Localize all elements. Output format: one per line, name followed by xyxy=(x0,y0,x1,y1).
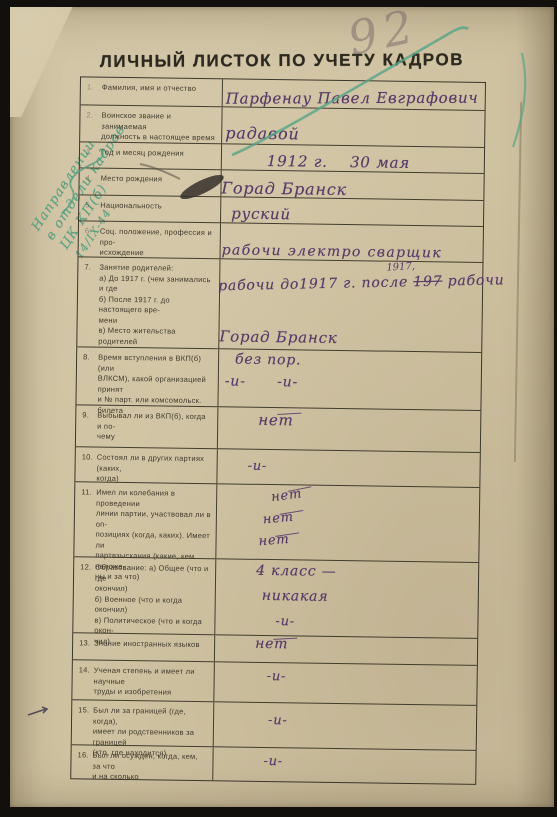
handwritten-answer: рабочи до1917 г. после 197 рабочи xyxy=(218,272,505,294)
answer-cell: Горад Бранск xyxy=(221,170,483,200)
scan-viewport: { "page": { "title": "ЛИЧНЫЙ ЛИСТОК ПО У… xyxy=(0,0,557,817)
answer-cell: Парфенау Павел Евграфович xyxy=(223,79,485,110)
margin-arrow-mark xyxy=(28,707,47,715)
field-label-cell: 1. Фамилия, имя и отчество xyxy=(81,77,223,106)
field-label-cell: 6. Соц. положение, профессия и про- исхо… xyxy=(79,221,221,258)
row-number: 9. xyxy=(82,410,89,421)
handwritten-answer: -и- xyxy=(268,713,288,728)
field-label-cell: 9. Выбывал ли из ВКП(б), когда и по- чем… xyxy=(76,405,219,448)
field-label-cell: 10. Состоял ли в других партиях (каких, … xyxy=(75,447,217,483)
field-label: Соц. положение, профессия и про- исхожде… xyxy=(100,227,212,258)
handwritten-answer: Парфенау Павел Евграфович xyxy=(226,89,479,108)
paper-crease xyxy=(514,102,522,462)
personnel-form-table: 1. Фамилия, имя и отчество Парфенау Паве… xyxy=(70,76,486,785)
handwritten-answer: нет xyxy=(262,510,294,528)
row-number: 7. xyxy=(84,262,91,273)
row-number: 2. xyxy=(86,110,93,121)
row-number: 10. xyxy=(82,452,93,463)
handwritten-answer: Горад Бранск xyxy=(221,178,347,199)
row-number: 3. xyxy=(86,147,93,158)
answer-cell: 4 класс — никакая -и- xyxy=(215,559,478,638)
row-number: 16. xyxy=(77,750,88,761)
field-label: Выбывал ли из ВКП(б), когда и по- чему xyxy=(97,411,206,441)
field-label-cell: 3. Год и месяц рождения xyxy=(80,142,222,169)
struck-text: 197 xyxy=(413,274,442,291)
form-row-2: 2. Воинское звание и занимаемая должност… xyxy=(80,105,484,148)
answer-cell: нет нет нет xyxy=(216,484,479,562)
answer-cell: -и- xyxy=(214,662,477,705)
row-number: 15. xyxy=(78,705,89,716)
handwritten-answer: 1912 г. 30 мая xyxy=(267,152,410,172)
field-label: Знание иностранных языков xyxy=(94,639,200,649)
field-label-cell: 15. Был ли за границей (где, когда), име… xyxy=(72,700,215,746)
handwritten-answer: -и- xyxy=(275,614,295,629)
answer-cell: нет xyxy=(218,407,481,452)
field-label: Воинское звание и занимаемая должность в… xyxy=(101,111,215,143)
row-number: 12. xyxy=(80,562,91,573)
answer-cell: рабочи электро сварщик xyxy=(221,223,483,262)
handwritten-answer: рабочи электро сварщик xyxy=(222,242,443,261)
field-label-cell: 7. Занятие родителей: а) До 1917 г. (чем… xyxy=(77,257,220,348)
handwritten-answer: без пор. xyxy=(235,352,301,369)
handwritten-answer: -и- xyxy=(248,459,268,474)
field-label-cell: 4. Место рождения xyxy=(79,168,221,196)
field-label-cell: 13. Знание иностранных языков xyxy=(73,633,215,661)
handwritten-answer: нет xyxy=(270,486,303,505)
field-label: Состоял ли в других партиях (каких, когд… xyxy=(96,453,204,483)
handwritten-answer: -и- -и- xyxy=(225,373,298,390)
handwritten-answer: -и- xyxy=(267,669,287,684)
form-row-6: 6. Соц. положение, профессия и про- исхо… xyxy=(79,221,483,263)
form-row-9: 9. Выбывал ли из ВКП(б), когда и по- чем… xyxy=(76,405,481,453)
field-label: Ученая степень и имеет ли научные труды … xyxy=(93,666,194,697)
handwritten-answer: -и- xyxy=(263,754,283,769)
form-row-7: 7. Занятие родителей: а) До 1917 г. (чем… xyxy=(77,257,482,353)
answer-cell: -и- xyxy=(217,449,479,487)
row-number: 11. xyxy=(81,487,92,498)
page-title: ЛИЧНЫЙ ЛИСТОК ПО УЧЕТУ КАДРОВ xyxy=(10,50,554,73)
field-label-cell: 5. Национальность xyxy=(79,195,221,222)
field-label-cell: 2. Воинское звание и занимаемая должност… xyxy=(80,105,222,143)
field-label: Национальность xyxy=(100,201,162,211)
field-label-cell: 8. Время вступления в ВКП(б) (или ВЛКСМ)… xyxy=(76,347,219,406)
form-row-14: 14. Ученая степень и имеет ли научные тр… xyxy=(72,660,477,706)
answer-cell: 1912 г. 30 мая xyxy=(222,144,484,173)
handwritten-answer: 4 класс — xyxy=(256,563,337,580)
row-number: 14. xyxy=(79,665,90,676)
form-row-12: 12. Образование: а) Общее (что и где око… xyxy=(73,557,478,639)
field-label: Фамилия, имя и отчество xyxy=(102,83,196,93)
form-row-15: 15. Был ли за границей (где, когда), име… xyxy=(72,700,477,751)
handwritten-answer: нет xyxy=(258,411,294,429)
handwritten-correction: 1917, xyxy=(386,261,415,274)
row-number: 5. xyxy=(85,200,92,211)
field-label: Занятие родителей: а) До 1917 г. (чем за… xyxy=(98,263,210,346)
field-label: Год и месяц рождения xyxy=(101,148,184,158)
handwritten-answer: нет xyxy=(255,636,288,652)
scanned-page: ЛИЧНЫЙ ЛИСТОК ПО УЧЕТУ КАДРОВ 92 Направл… xyxy=(10,7,554,807)
answer-cell: руский xyxy=(221,197,483,226)
form-row-11: 11. Имел ли колебания в проведении линии… xyxy=(74,482,479,563)
answer-cell: рабочи до1917 г. после 197 рабочи 1917, … xyxy=(219,259,482,352)
row-number: 1. xyxy=(87,82,94,93)
form-row-8: 8. Время вступления в ВКП(б) (или ВЛКСМ)… xyxy=(76,347,481,411)
row-number: 4. xyxy=(86,173,93,184)
handwritten-answer: радавой xyxy=(225,123,300,143)
answer-cell: нет xyxy=(215,635,477,665)
field-label-cell: 11. Имел ли колебания в проведении линии… xyxy=(74,482,217,558)
form-row-16: 16. Был ли осужден, когда, кем, за что и… xyxy=(71,745,475,784)
answer-cell: без пор. -и- -и- xyxy=(218,349,481,410)
answer-cell: -и- xyxy=(214,702,477,750)
handwritten-answer: руский xyxy=(231,204,291,223)
field-label-cell: 14. Ученая степень и имеет ли научные тр… xyxy=(72,660,215,701)
handwritten-answer: Горад Бранск xyxy=(219,327,337,347)
row-number: 8. xyxy=(83,352,90,363)
handwritten-answer: никакая xyxy=(262,588,329,605)
answer-cell: -и- xyxy=(213,747,475,784)
answer-cell: радавой xyxy=(222,107,484,147)
field-label: Место рождения xyxy=(101,174,163,184)
handwritten-answer: нет xyxy=(258,532,290,549)
form-row-10: 10. Состоял ли в других партиях (каких, … xyxy=(75,447,479,488)
field-label: Был ли осужден, когда, кем, за что и на … xyxy=(92,751,198,782)
row-number: 13. xyxy=(79,638,90,649)
row-number: 6. xyxy=(85,226,92,237)
field-label-cell: 12. Образование: а) Общее (что и где око… xyxy=(73,557,216,634)
field-label-cell: 16. Был ли осужден, когда, кем, за что и… xyxy=(71,745,213,780)
